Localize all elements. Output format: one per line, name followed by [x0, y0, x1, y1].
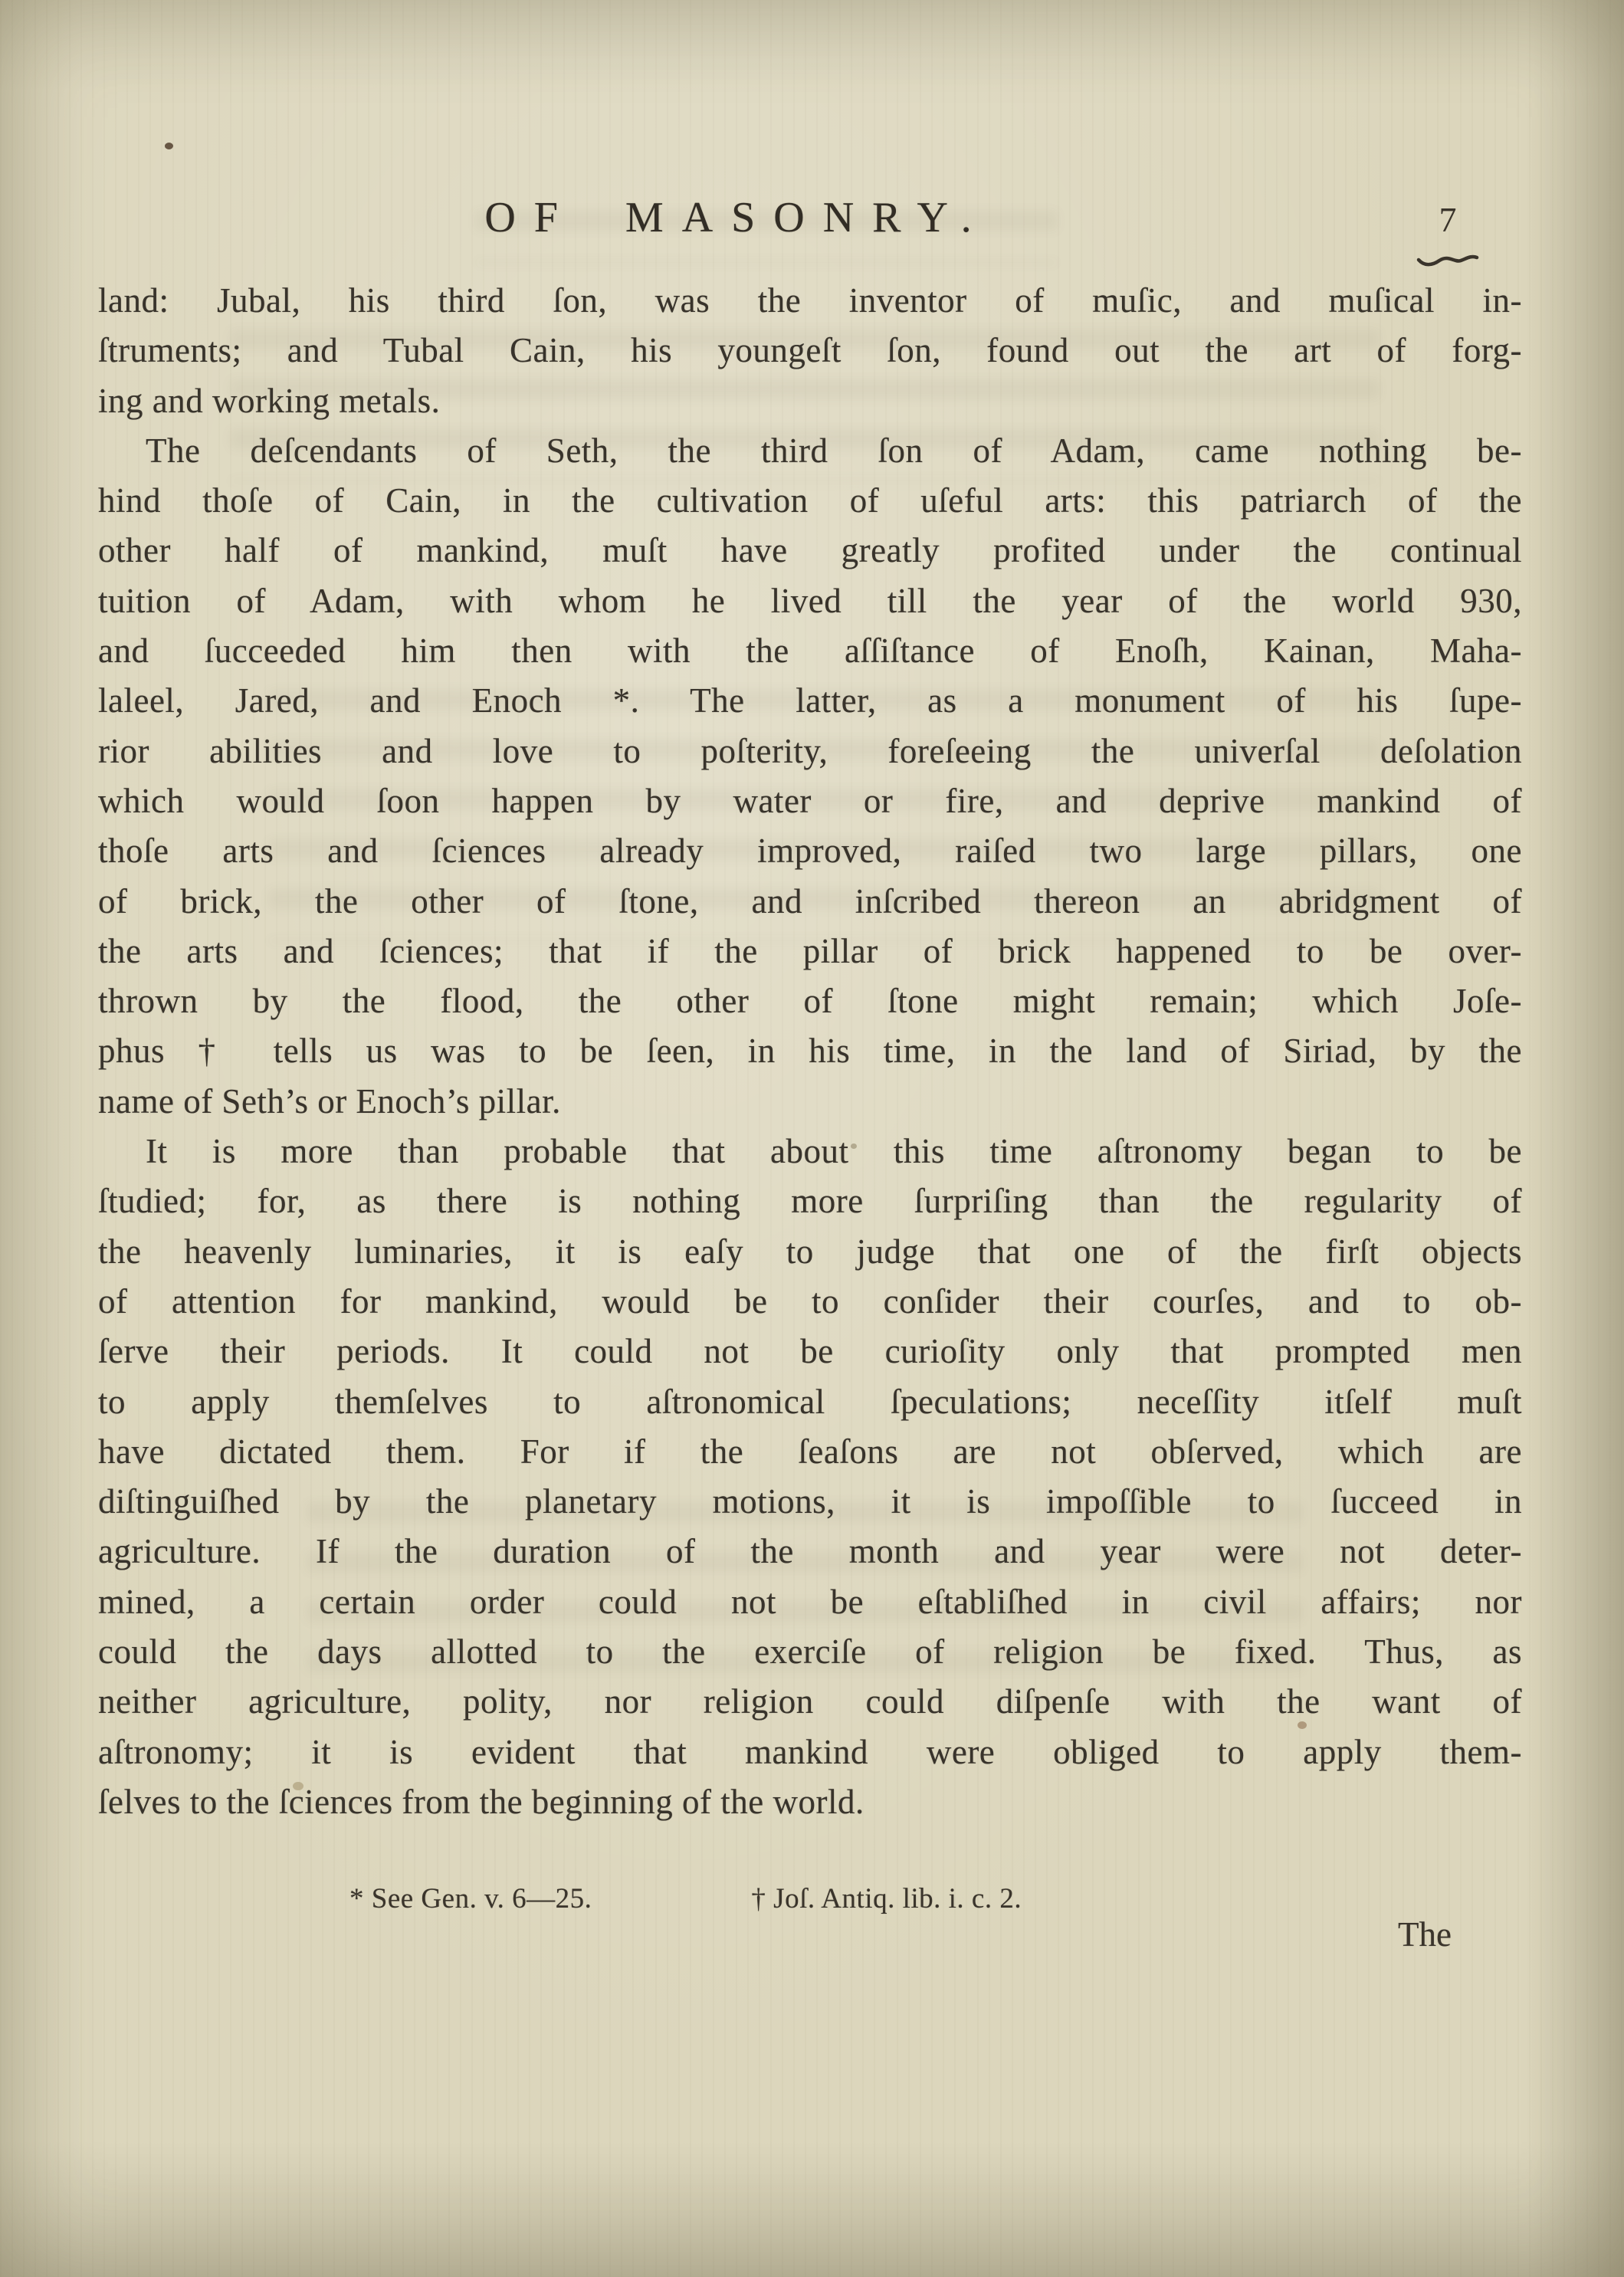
page-header: OF MASONRY. 7	[98, 193, 1522, 285]
text-line: mined, a certain order could not be eſta…	[98, 1577, 1522, 1627]
text-line: which would ſoon happen by water or fire…	[98, 776, 1522, 826]
page-number: 7	[1439, 200, 1457, 239]
text-line: ſerve their periods. It could not be cur…	[98, 1327, 1522, 1376]
paragraph: land: Jubal, his third ſon, was the inve…	[98, 276, 1522, 426]
text-line: the arts and ſciences; that if the pilla…	[98, 927, 1522, 976]
text-line: and ſucceeded him then with the aſſiſtan…	[98, 626, 1522, 676]
book-page: OF MASONRY. 7 land: Jubal, his third ſon…	[0, 0, 1624, 2277]
text-line: agriculture. If the duration of the mont…	[98, 1527, 1522, 1577]
text-line: have dictated them. For if the ſeaſons a…	[98, 1427, 1522, 1477]
text-line: hind thoſe of Cain, in the cultivation o…	[98, 476, 1522, 526]
paragraph: The deſcendants of Seth, the third ſon o…	[98, 426, 1522, 1127]
page-number-group: 7	[1413, 199, 1482, 267]
running-title: OF MASONRY.	[98, 193, 1522, 242]
footnotes: * See Gen. v. 6—25. † Joſ. Antiq. lib. i…	[98, 1882, 1522, 1915]
catchword: The	[1398, 1915, 1452, 1954]
text-line: The deſcendants of Seth, the third ſon o…	[98, 426, 1522, 476]
text-line: phus † tells us was to be ſeen, in his t…	[98, 1026, 1522, 1076]
text-line: laleel, Jared, and Enoch *. The latter, …	[98, 676, 1522, 726]
text-line: ſtudied; for, as there is nothing more ſ…	[98, 1176, 1522, 1226]
text-line: of brick, the other of ſtone, and inſcri…	[98, 877, 1522, 927]
footnote-josephus: † Joſ. Antiq. lib. i. c. 2.	[751, 1882, 1022, 1915]
paragraph: It is more than probable that about this…	[98, 1127, 1522, 1827]
footnote-genesis: * See Gen. v. 6—25.	[349, 1882, 592, 1915]
text-line: could the days allotted to the exerciſe …	[98, 1627, 1522, 1677]
body-text: land: Jubal, his third ſon, was the inve…	[98, 276, 1522, 1827]
text-line: ſelves to the ſciences from the beginnin…	[98, 1777, 1522, 1827]
text-line: rior abilities and love to poſterity, fo…	[98, 727, 1522, 776]
page-number-flourish	[1416, 248, 1479, 267]
text-line: land: Jubal, his third ſon, was the inve…	[98, 276, 1522, 326]
catchword-row: The	[98, 1914, 1452, 1954]
text-line: name of Seth’s or Enoch’s pillar.	[98, 1077, 1522, 1127]
paper-speck	[165, 143, 173, 149]
text-line: ing and working metals.	[98, 376, 1522, 426]
text-line: It is more than probable that about this…	[98, 1127, 1522, 1176]
text-line: of attention for mankind, would be to co…	[98, 1277, 1522, 1327]
text-line: other half of mankind, muſt have greatly…	[98, 526, 1522, 576]
text-line: neither agriculture, polity, nor religio…	[98, 1677, 1522, 1727]
text-line: diſtinguiſhed by the planetary motions, …	[98, 1477, 1522, 1527]
text-line: thrown by the flood, the other of ſtone …	[98, 976, 1522, 1026]
text-line: aſtronomy; it is evident that mankind we…	[98, 1727, 1522, 1777]
text-line: to apply themſelves to aſtronomical ſpec…	[98, 1377, 1522, 1427]
text-line: tuition of Adam, with whom he lived till…	[98, 576, 1522, 626]
text-line: thoſe arts and ſciences already improved…	[98, 826, 1522, 876]
text-line: ſtruments; and Tubal Cain, his youngeſt …	[98, 326, 1522, 376]
text-line: the heavenly luminaries, it is eaſy to j…	[98, 1227, 1522, 1277]
